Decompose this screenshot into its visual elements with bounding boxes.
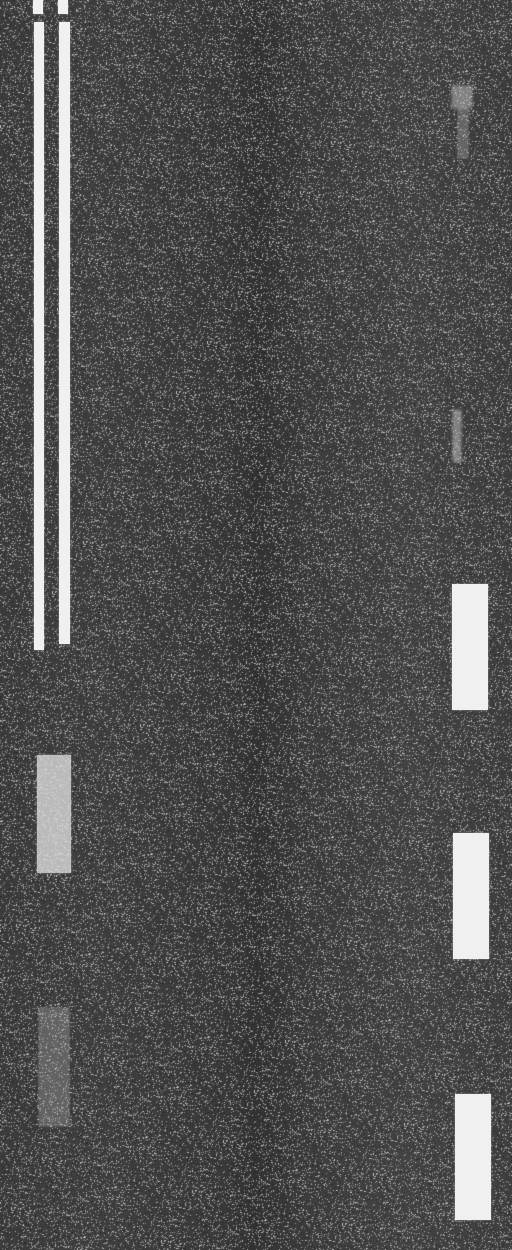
dash-right-1	[452, 584, 488, 710]
double-solid-line-left-b	[58, 0, 68, 14]
dash-left-1	[37, 755, 71, 873]
dash-right-ghost-1	[452, 86, 472, 108]
dash-right-3	[455, 1094, 491, 1220]
dash-right-ghost-2	[453, 410, 461, 462]
dash-right-ghost-1-trail	[458, 108, 468, 158]
dash-left-2	[39, 1008, 69, 1126]
double-solid-line-left-b	[59, 22, 70, 644]
double-solid-line-left-a	[34, 22, 44, 650]
dash-right-2	[453, 833, 489, 959]
road-surface	[0, 0, 512, 1250]
asphalt-texture	[0, 0, 512, 1250]
double-solid-line-left-a	[33, 0, 43, 14]
